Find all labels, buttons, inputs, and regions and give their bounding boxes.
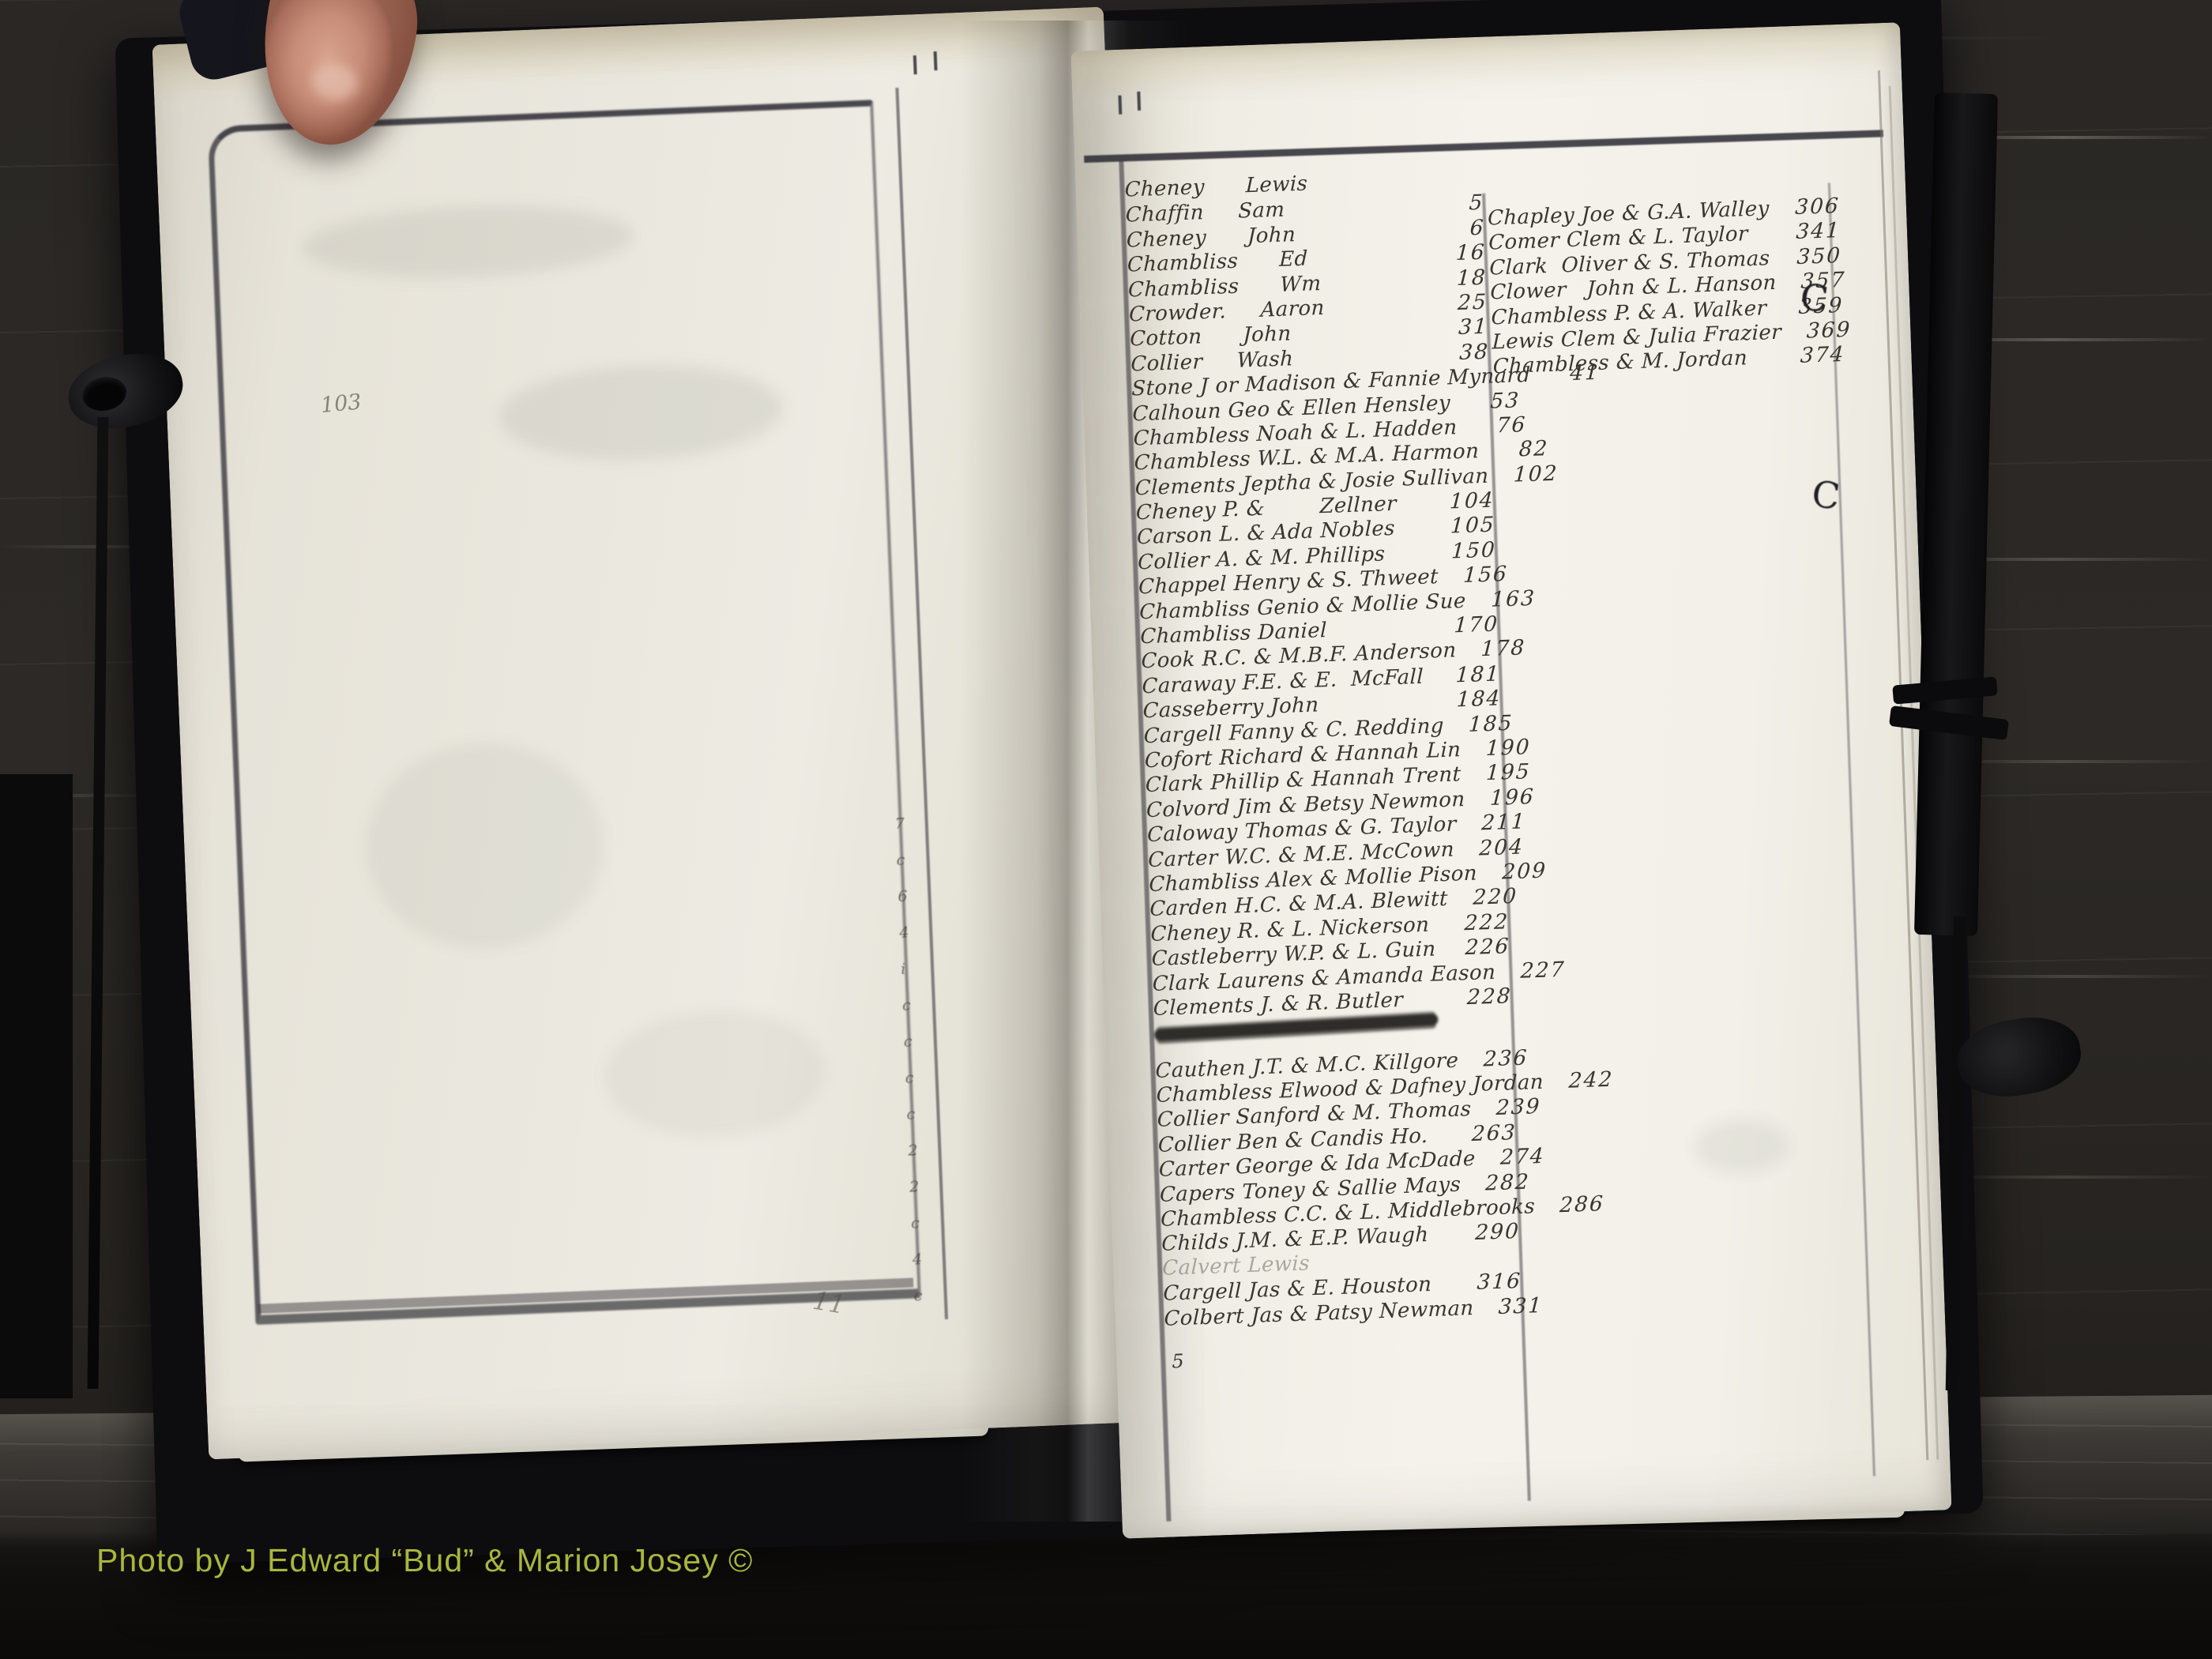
entry-page-number: 331 — [1473, 1293, 1544, 1320]
bleedthrough-mark: 6 — [897, 887, 908, 905]
entry-page-number: 242 — [1543, 1067, 1614, 1094]
bleedthrough-mark: c — [905, 1069, 915, 1086]
entry-page-number: 184 — [1431, 687, 1503, 713]
left-page[interactable]: 103 11 7c64icccc22c4c — [152, 7, 1161, 1460]
entry-page-number: 6 — [1415, 215, 1486, 242]
entry-page-number: 31 — [1418, 314, 1489, 341]
entry-page-number: 18 — [1416, 265, 1488, 292]
entry-page-number: 163 — [1465, 585, 1537, 612]
entry-page-number: 82 — [1478, 436, 1549, 463]
page-stain — [1693, 1117, 1789, 1176]
stand-bar-left — [0, 774, 73, 1398]
entry-page-number — [1414, 184, 1484, 186]
thumb-tab-c-icon[interactable]: C — [1809, 472, 1842, 518]
page-footnote: 5 — [1172, 1350, 1184, 1373]
entry-page-number: 190 — [1460, 735, 1531, 762]
entry-page-number: 227 — [1495, 957, 1566, 984]
entry-page-number: 350 — [1771, 243, 1842, 270]
bleedthrough-mark: 4 — [899, 924, 909, 941]
registration-tick — [1118, 96, 1122, 115]
entry-page-number: 156 — [1438, 562, 1509, 589]
entry-page-number: 196 — [1465, 784, 1536, 811]
entry-page-number: 170 — [1428, 611, 1499, 638]
right-page[interactable]: Cheney LewisChaffin Sam5Cheney John6Cham… — [1070, 22, 1951, 1538]
entry-page-number: 220 — [1447, 884, 1518, 911]
entry-page-number: 290 — [1450, 1219, 1521, 1246]
bleedthrough-mark: c — [903, 1033, 913, 1050]
pencil-mark-11: 11 — [811, 1285, 848, 1320]
bleedthrough-mark: c — [906, 1105, 916, 1123]
wall-plank-line — [1928, 975, 2212, 978]
index-column-rule-2 — [1828, 182, 1875, 1476]
entry-page-number — [1451, 1262, 1521, 1265]
entry-page-number: 316 — [1451, 1269, 1522, 1296]
entry-page-number: 38 — [1419, 339, 1490, 366]
entry-page-number: 282 — [1460, 1169, 1531, 1196]
entry-page-number: 53 — [1450, 388, 1521, 415]
entry-page-number: 209 — [1477, 858, 1548, 885]
bleedthrough-mark: i — [901, 960, 911, 977]
entry-page-number: 204 — [1454, 834, 1525, 861]
bleedthrough-mark: 7 — [894, 814, 905, 832]
bleedthrough-mark: c — [911, 1214, 921, 1232]
entry-page-number: 5 — [1414, 190, 1485, 217]
thumb-tab-c-icon[interactable]: C — [1798, 275, 1831, 321]
index-column-1: Cheney LewisChaffin Sam5Cheney John6Cham… — [1124, 166, 1523, 1331]
bleedthrough-mark: 2 — [909, 1178, 920, 1195]
bleedthrough-mark: c — [913, 1287, 924, 1304]
entry-page-number: 102 — [1488, 461, 1559, 487]
entry-page-number: 239 — [1471, 1094, 1542, 1121]
entry-page-number: 226 — [1440, 934, 1511, 961]
entry-page-number: 185 — [1443, 710, 1514, 737]
photo-of-open-ledger: 103 11 7c64icccc22c4c Cheney LewisChaffi… — [0, 0, 2212, 1659]
entry-page-number: 105 — [1425, 513, 1496, 540]
entry-page-number: 181 — [1431, 661, 1502, 688]
entry-page-number: 228 — [1442, 984, 1513, 1010]
entry-page-number: 76 — [1457, 412, 1528, 439]
registration-tick — [934, 51, 938, 70]
bleedthrough-mark: 4 — [912, 1251, 923, 1268]
bleedthrough-mark: 2 — [908, 1142, 918, 1159]
entry-page-number: 16 — [1416, 240, 1487, 267]
entry-page-number: 263 — [1446, 1120, 1518, 1147]
entry-page-number: 222 — [1439, 909, 1510, 936]
entry-page-number: 236 — [1458, 1045, 1529, 1072]
index-column-2: Chapley Joe & G.A. Walley306Comer Clem &… — [1488, 194, 1845, 379]
entry-page-number: 211 — [1456, 810, 1527, 837]
entry-page-number: 286 — [1534, 1191, 1605, 1218]
pencil-mark-103: 103 — [320, 389, 363, 418]
entry-page-number: 195 — [1461, 759, 1532, 786]
entry-page-number: 150 — [1426, 537, 1497, 564]
entry-page-number: 25 — [1417, 290, 1488, 317]
left-page-printed-border — [208, 100, 921, 1325]
entry-page-number: 341 — [1770, 218, 1841, 245]
bleedthrough-mark: c — [902, 996, 912, 1014]
entry-page-number: 374 — [1775, 342, 1846, 369]
entry-page-number: 306 — [1770, 194, 1841, 220]
right-page-top-rule — [1084, 130, 1883, 163]
entry-page-number: 274 — [1475, 1144, 1546, 1171]
registration-tick — [913, 55, 917, 74]
registration-tick — [1137, 92, 1141, 111]
bleedthrough-mark: c — [896, 851, 906, 868]
entry-page-number: 369 — [1781, 318, 1852, 344]
entry-page-number: 178 — [1456, 636, 1527, 663]
watermark: Photo by J Edward “Bud” & Marion Josey © — [96, 1542, 753, 1579]
entry-page-number: 104 — [1424, 488, 1495, 515]
